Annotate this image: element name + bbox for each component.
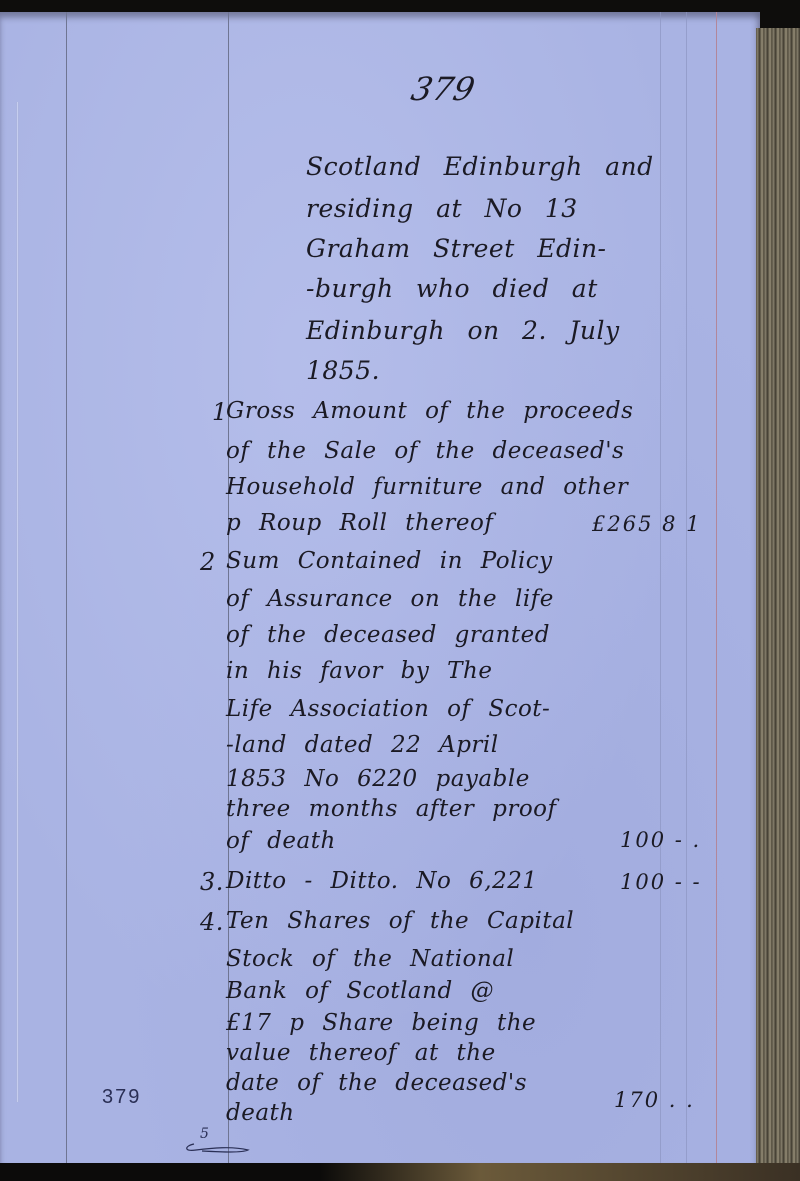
- item-line: Household furniture and other: [226, 474, 628, 500]
- amount-rule-2: [686, 12, 687, 1168]
- item-line: of Assurance on the life: [226, 586, 554, 612]
- item-line: death: [226, 1100, 295, 1126]
- item-line: in his favor by The: [226, 658, 492, 684]
- margin-rule-left: [66, 12, 67, 1168]
- item-number: 4.: [200, 908, 224, 936]
- book-bottom-edge: [0, 1163, 800, 1181]
- item-line: p Roup Roll thereof: [226, 510, 493, 536]
- book-page-edges: [756, 28, 800, 1178]
- page-number: 379: [408, 70, 479, 108]
- item-amount: 100 - -: [620, 870, 702, 894]
- intro-line: Scotland Edinburgh and: [306, 152, 654, 181]
- item-amount: 170 . .: [614, 1088, 695, 1112]
- item-line: value thereof at the: [226, 1040, 496, 1066]
- item-line: Gross Amount of the proceeds: [226, 398, 633, 424]
- intro-line: -burgh who died at: [306, 274, 598, 303]
- item-line: date of the deceased's: [226, 1070, 527, 1096]
- item-number: 2: [200, 548, 216, 576]
- item-number: 3.: [200, 868, 224, 896]
- item-line: Ten Shares of the Capital: [226, 908, 574, 934]
- flourish-icon: [182, 1140, 252, 1154]
- ledger-scan: 379 Scotland Edinburgh and residing at N…: [0, 0, 800, 1181]
- page-fold: [16, 102, 19, 1102]
- item-line: three months after proof: [226, 796, 557, 822]
- item-line: Life Association of Scot-: [226, 696, 550, 722]
- item-amount: 100 - .: [620, 828, 701, 852]
- item-line: Stock of the National: [226, 946, 514, 972]
- amount-rule-1: [660, 12, 661, 1168]
- margin-folio-number: 379: [102, 1086, 141, 1109]
- intro-line: 1855.: [306, 356, 380, 385]
- item-line: Sum Contained in Policy: [226, 548, 553, 574]
- ledger-page: 379 Scotland Edinburgh and residing at N…: [0, 12, 760, 1168]
- item-line: of death: [226, 828, 336, 854]
- item-line: 1853 No 6220 payable: [226, 766, 530, 792]
- item-line: of the Sale of the deceased's: [226, 438, 624, 464]
- item-line: Ditto - Ditto. No 6,221: [226, 868, 538, 894]
- intro-line: residing at No 13: [306, 194, 578, 223]
- item-line: £17 p Share being the: [226, 1010, 536, 1036]
- item-line: Bank of Scotland @: [226, 978, 494, 1004]
- amount-rule-red: [716, 12, 717, 1168]
- intro-line: Edinburgh on 2. July: [306, 316, 620, 345]
- item-line: of the deceased granted: [226, 622, 550, 648]
- item-line: -land dated 22 April: [226, 732, 499, 758]
- item-amount: £265 8 1: [592, 512, 702, 536]
- intro-line: Graham Street Edin-: [306, 234, 607, 263]
